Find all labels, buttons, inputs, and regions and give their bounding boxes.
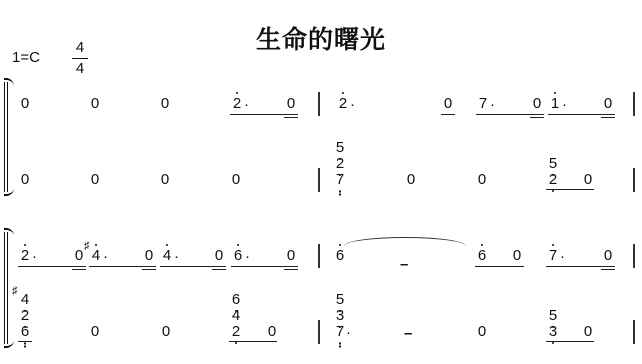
note: 0 [581,172,595,188]
underline-beam [475,266,524,267]
underline-beam [231,266,298,267]
chord-note-low: 5 [546,308,560,324]
barline [318,168,320,192]
chord-note-low: 4 [18,292,32,308]
note: 0 [158,96,172,112]
dash-extension: – [400,256,408,273]
note-high: 7 [546,248,560,264]
note-high: 1 [548,96,562,112]
bracket-bottom-icon [4,188,14,196]
barline [318,244,320,268]
underline-beam [160,266,226,267]
note: 0 [601,96,615,112]
note: 0 [88,172,102,188]
augmentation-dot: · [346,324,351,341]
augmentation-dot: · [562,96,567,113]
underline-beam [546,189,594,190]
note: 0 [18,96,32,112]
underline-beam-2 [530,117,544,118]
note: 0 [158,172,172,188]
underline-beam-2 [284,117,298,118]
chord-note-low: 5 [333,140,347,156]
underline-beam [476,114,544,115]
note: 0 [475,324,489,340]
note-high: 4 [89,248,103,264]
underline-beam-2 [72,269,86,270]
note: 0 [88,96,102,112]
barline [318,320,320,344]
underline-beam [546,266,615,267]
note: 0 [142,248,156,264]
barline [318,92,320,116]
chord-note-low: 6 [229,292,243,308]
underline-beam-2 [601,117,615,118]
underline-beam [230,114,298,115]
underline-beam [18,341,32,342]
barline [633,168,635,192]
augmentation-dot: · [245,248,250,265]
note-high: 6 [475,248,489,264]
chord-note-low: 2 [333,156,347,172]
note-high: 2 [336,96,350,112]
note: 0 [530,96,544,112]
underline-beam [18,266,86,267]
augmentation-dot: · [244,96,249,113]
note: 0 [441,96,455,112]
chord-note-low2: 7 [333,324,347,340]
note-high: 2 [230,96,244,112]
chord-note-low: 2 [546,172,560,188]
dash-extension: – [404,325,412,342]
note: 7 [476,96,490,112]
augmentation-dot: · [174,248,179,265]
note: 0 [284,96,298,112]
underline-beam [546,341,594,342]
note: 0 [601,248,615,264]
underline-beam [548,114,615,115]
tie-arc-icon [344,237,466,246]
underline-beam [441,114,455,115]
chord-note: 4 [229,308,243,324]
bracket-bottom-icon [4,340,14,348]
underline-beam-2 [142,269,156,270]
note: 0 [265,324,279,340]
underline-beam [89,266,156,267]
augmentation-dot: · [490,96,495,113]
note: 0 [284,248,298,264]
barline [633,244,635,268]
augmentation-dot: · [32,248,37,265]
chord-note-low2: 6 [18,324,32,340]
note-high: 6 [333,248,347,264]
note: 0 [581,324,595,340]
augmentation-dot: · [103,248,108,265]
chord-note-low: 2 [18,308,32,324]
chord-note-low: 5 [546,156,560,172]
note: 0 [18,172,32,188]
time-signature-denominator: 4 [72,60,88,78]
note: 0 [159,324,173,340]
chord-note-low: 3 [333,308,347,324]
note-high: 6 [231,248,245,264]
underline-beam [229,341,277,342]
chord-note-low: 5 [333,292,347,308]
barline [633,92,635,116]
note: 0 [88,324,102,340]
underline-beam-2 [284,269,298,270]
note: 0 [510,248,524,264]
key-signature: 1=C [12,49,40,66]
note: 0 [229,172,243,188]
sharp-icon: ♯ [12,285,18,297]
note: 0 [404,172,418,188]
underline-beam-2 [601,269,615,270]
time-signature-numerator: 4 [72,39,88,57]
chord-note-low: 3 [546,324,560,340]
note-high: 4 [160,248,174,264]
score-title: 生命的曙光 [0,20,642,56]
note-high: 2 [18,248,32,264]
chord-note-low: 2 [229,324,243,340]
underline-beam-2 [212,269,226,270]
system-bracket [4,82,14,192]
note: 0 [212,248,226,264]
augmentation-dot: · [350,96,355,113]
note: 0 [475,172,489,188]
time-signature-line [72,58,88,59]
augmentation-dot: · [560,248,565,265]
chord-note-low2: 7 [333,172,347,188]
barline [633,320,635,344]
time-signature: 4 4 [72,39,88,78]
